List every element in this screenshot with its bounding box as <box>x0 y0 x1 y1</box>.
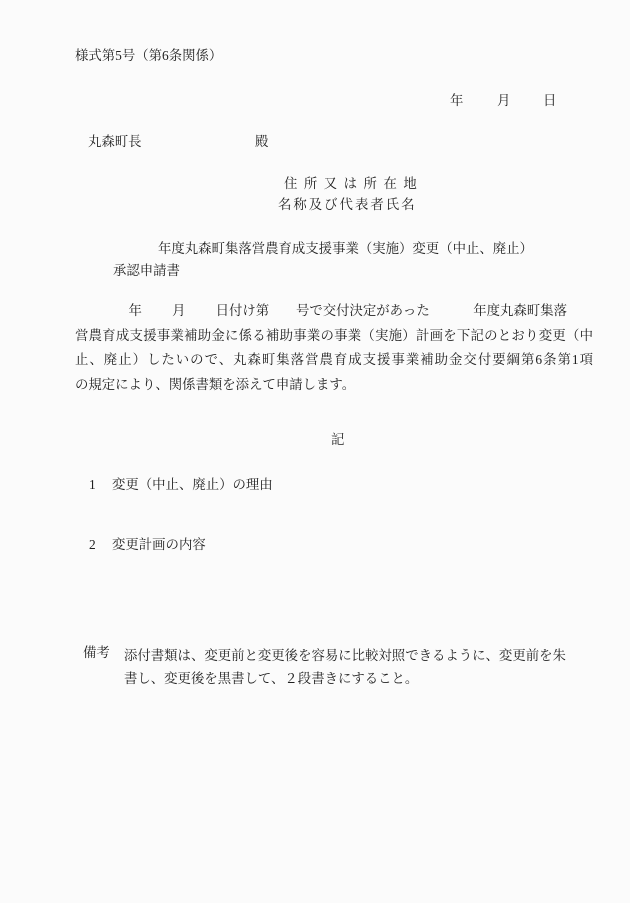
date-month-label: 月 <box>497 93 510 110</box>
item-2-label: 変更計画の内容 <box>112 537 206 554</box>
body-paragraph: 年 月 日付け第 号で交付決定があった 年度丸森町集落 営農育成支援事業補助金に… <box>75 299 593 397</box>
item-1-number: 1 <box>89 477 96 494</box>
date-day-label: 日 <box>543 93 556 110</box>
body-line-1: 年 月 日付け第 号で交付決定があった 年度丸森町集落 <box>75 299 593 324</box>
form-number: 様式第5号（第6条関係） <box>75 48 222 65</box>
remarks-line-2: 書し、変更後を黒書して、２段書きにすること。 <box>124 668 586 691</box>
body-line-2: 営農育成支援事業補助金に係る補助事業の事業（実施）計画を下記のとおり変更（中 <box>75 324 593 349</box>
item-2-number: 2 <box>89 537 96 554</box>
remarks-label: 備考 <box>83 645 110 662</box>
body-line-3: 止、廃止）したいので、丸森町集落営農育成支援事業補助金交付要綱第6条第1項 <box>75 348 593 373</box>
date-year-label: 年 <box>450 93 463 110</box>
ki-heading: 記 <box>331 432 344 449</box>
item-1-label: 変更（中止、廃止）の理由 <box>112 477 273 494</box>
addressee-honorific: 殿 <box>255 134 268 151</box>
remarks-text: 添付書類は、変更前と変更後を容易に比較対照できるように、変更前を朱 書し、変更後… <box>124 645 586 690</box>
document-page: 様式第5号（第6条関係） 年 月 日 丸森町長 殿 住所又は所在地 名称及び代表… <box>0 0 630 903</box>
applicant-address-label: 住所又は所在地 <box>284 176 423 193</box>
applicant-name-label: 名称及び代表者氏名 <box>278 197 417 214</box>
body-line-4: の規定により、関係書類を添えて申請します。 <box>75 373 593 398</box>
document-title-line1: 年度丸森町集落営農育成支援事業（実施）変更（中止、廃止） <box>158 241 533 258</box>
remarks-line-1: 添付書類は、変更前と変更後を容易に比較対照できるように、変更前を朱 <box>124 645 586 668</box>
addressee-name: 丸森町長 <box>88 134 142 151</box>
document-title-line2: 承認申請書 <box>113 263 180 280</box>
